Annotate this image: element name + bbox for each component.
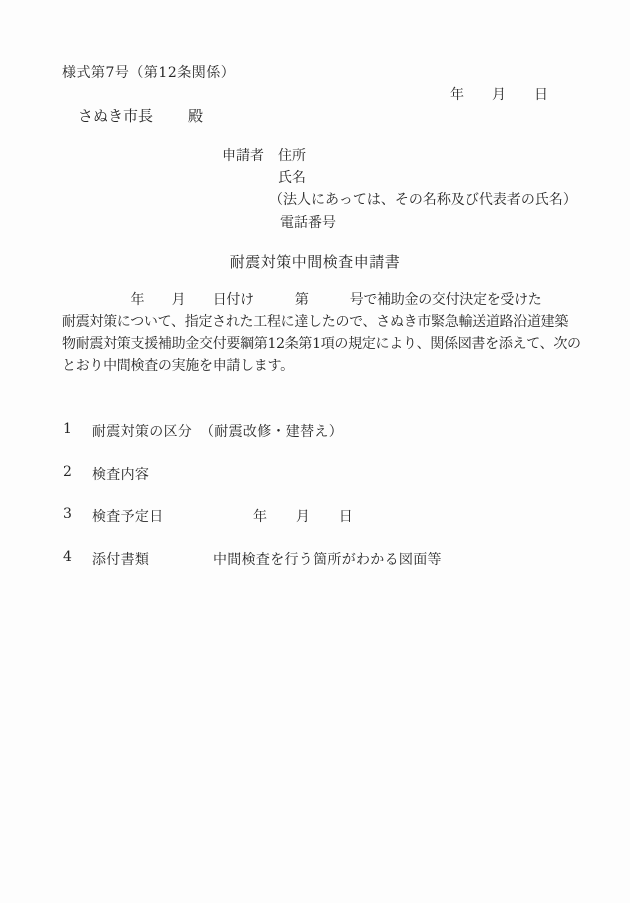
item-value: 年 月 日 — [253, 506, 353, 526]
body-line: 物耐震対策支援補助金交付要綱第12条第1項の規定により、関係図書を添えて、次の — [62, 333, 574, 355]
applicant-name-field: 氏名 — [278, 167, 306, 187]
applicant-corporation-note: （法人にあっては、その名称及び代表者の氏名） — [269, 189, 577, 209]
addressee-honorific: 殿 — [188, 107, 203, 125]
item-value: （耐震改修・建替え） — [200, 421, 343, 441]
item-label: 耐震対策の区分 — [92, 421, 192, 441]
form-item-inspection-content: 2 検査内容 — [0, 464, 630, 484]
item-label: 添付書類 — [92, 549, 149, 569]
item-label: 検査予定日 — [92, 506, 164, 526]
applicant-address-line: 申請者住所 — [222, 145, 306, 165]
body-line: 年 月 日付け 第 号で補助金の交付決定を受けた — [62, 289, 574, 311]
body-paragraph: 年 月 日付け 第 号で補助金の交付決定を受けた 耐震対策について、指定された工… — [62, 289, 574, 377]
form-item-category: 1 耐震対策の区分 （耐震改修・建替え） — [0, 421, 630, 441]
item-value: 中間検査を行う箇所がわかる図面等 — [213, 549, 442, 569]
document-title: 耐震対策中間検査申請書 — [0, 251, 630, 272]
item-number: 2 — [63, 464, 72, 480]
applicant-address-field: 住所 — [278, 148, 306, 164]
item-number: 1 — [63, 421, 72, 437]
item-label: 検査内容 — [92, 464, 149, 484]
addressee-name: さぬき市長 — [78, 107, 153, 125]
applicant-label: 申請者 — [222, 148, 264, 164]
application-form-page: 様式第7号（第12条関係） 年 月 日 さぬき市長殿 申請者住所 氏名 （法人に… — [0, 0, 630, 903]
body-line: とおり中間検査の実施を申請します。 — [62, 355, 574, 377]
form-item-inspection-date: 3 検査予定日 年 月 日 — [0, 506, 630, 526]
date-field: 年 月 日 — [450, 84, 548, 104]
item-number: 4 — [63, 549, 72, 565]
form-number: 様式第7号（第12条関係） — [62, 62, 235, 82]
addressee-line: さぬき市長殿 — [78, 105, 203, 126]
applicant-phone-field: 電話番号 — [280, 212, 336, 232]
body-line: 耐震対策について、指定された工程に達したので、さぬき市緊急輸送道路沿道建築 — [62, 311, 574, 333]
item-number: 3 — [63, 506, 72, 522]
form-item-attachments: 4 添付書類 中間検査を行う箇所がわかる図面等 — [0, 549, 630, 569]
